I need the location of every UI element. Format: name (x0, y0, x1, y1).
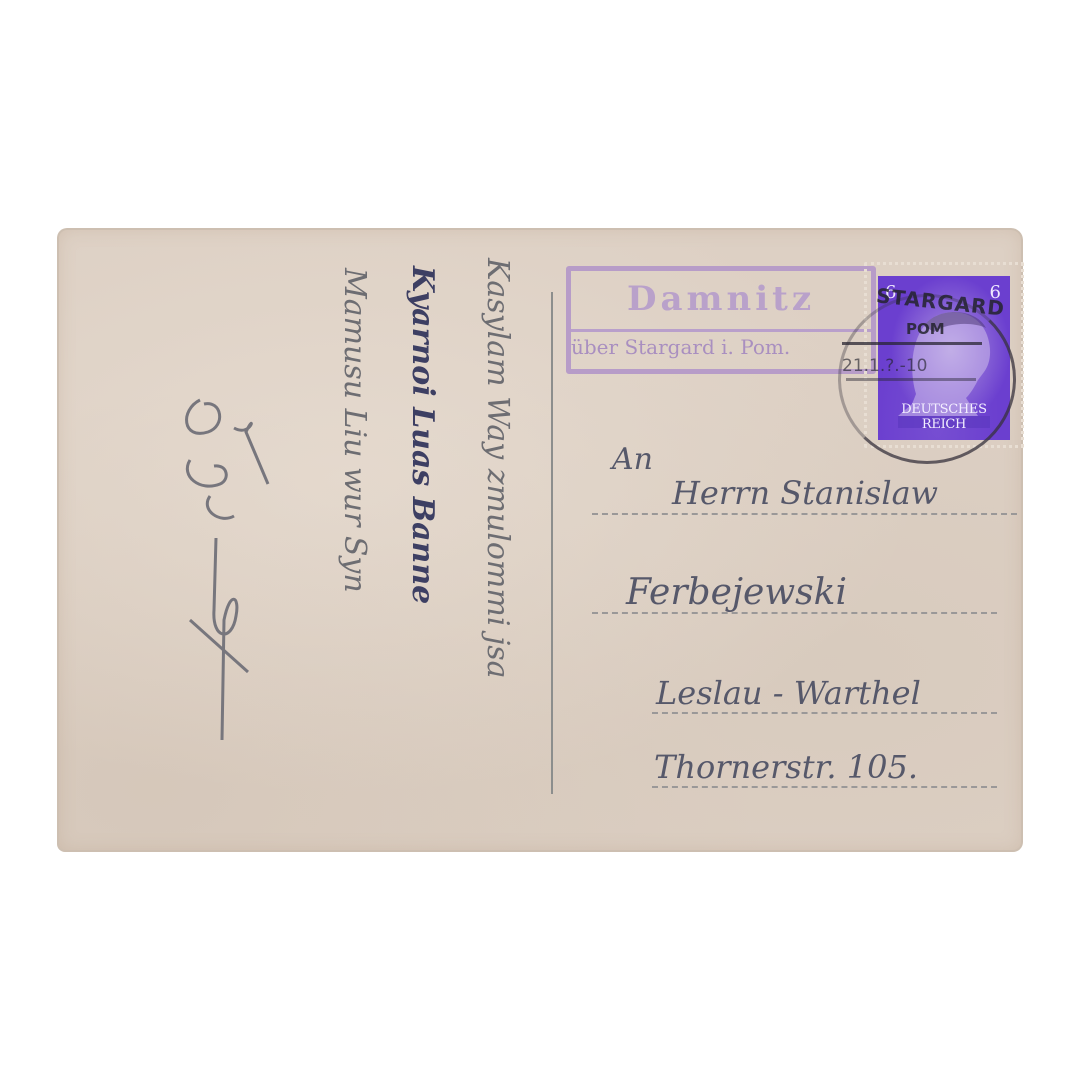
postmark-bar-bottom (846, 378, 976, 381)
box-cancellation-stamp: Damnitz über Stargard i. Pom. (566, 266, 876, 374)
address-city: Leslau - Warthel (656, 674, 921, 712)
address-name: Herrn Stanislaw (672, 474, 938, 512)
postmark-bar-top (842, 342, 982, 345)
message-line-3: Mamusu Liu wur Syn (337, 268, 372, 593)
address-surname: Ferbejewski (626, 572, 847, 613)
address-divider-line (551, 292, 553, 794)
signature-scribble (160, 380, 300, 740)
address-salutation: An (612, 442, 653, 477)
stamp-rule (571, 329, 871, 332)
address-line-3 (652, 712, 997, 714)
stamp-place-name: Damnitz (627, 279, 815, 319)
stamp-via-text: über Stargard i. Pom. (571, 335, 790, 359)
address-line-4 (652, 786, 997, 788)
address-street: Thornerstr. 105. (654, 748, 918, 786)
postmark-region: POM (906, 320, 945, 338)
message-line-1: Kasylam Way zmulommi jsa (480, 258, 515, 679)
postmark-date: 21.1.?.-10 (842, 356, 927, 376)
address-line-1 (592, 513, 1017, 515)
message-line-2: Kyarnoi Luas Banne (405, 266, 440, 604)
